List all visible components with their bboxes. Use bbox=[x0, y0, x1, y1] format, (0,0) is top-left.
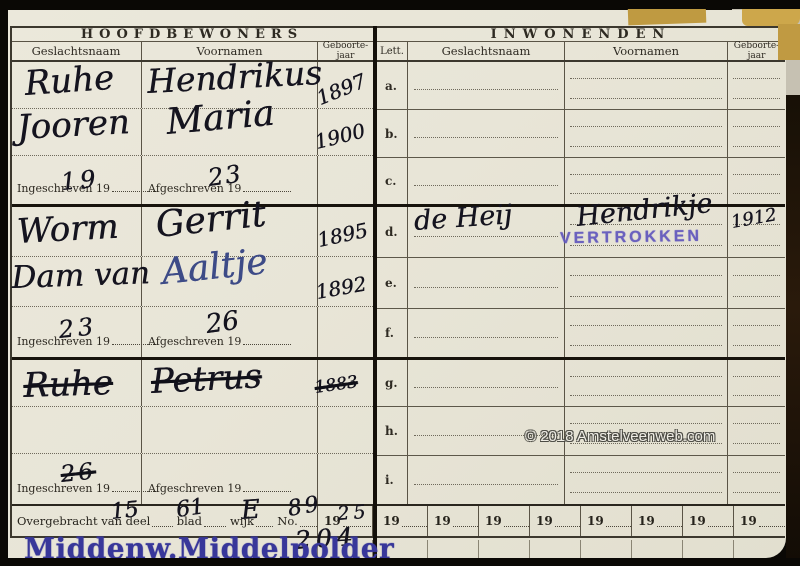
archival-tape bbox=[778, 24, 800, 60]
col-header-geslachtsnaam: Geslachtsnaam bbox=[408, 42, 565, 60]
hoofdbewoners-title: HOOFDBEWONERS bbox=[11, 26, 373, 42]
lodger-row-b: b. bbox=[377, 110, 785, 158]
scan-edge-left bbox=[0, 0, 8, 566]
year-cell: 19 bbox=[632, 506, 683, 536]
hw-surname: Ruhe bbox=[23, 58, 115, 104]
inwonenden-header-row: Lett. Geslachtsnaam Voornamen Geboorte- … bbox=[377, 42, 785, 62]
vertrokken-stamp: VERTROKKEN bbox=[560, 228, 702, 248]
year-cell: 19 bbox=[683, 506, 734, 536]
hw-surname: Dam van bbox=[11, 255, 151, 296]
lodger-row-c: c. bbox=[377, 158, 785, 207]
year-cell: 19 bbox=[479, 506, 530, 536]
hw-afgeschreven-value: 26 bbox=[204, 306, 241, 340]
lodger-row-f: f. bbox=[377, 309, 785, 360]
lodger-row-a: a. bbox=[377, 62, 785, 110]
year-cell: 19 bbox=[530, 506, 581, 536]
hw-surname: Jooren bbox=[16, 102, 131, 148]
year-cell: 19 bbox=[734, 506, 785, 536]
geboorte-line2: jaar bbox=[748, 51, 766, 61]
scan-edge-top bbox=[0, 0, 800, 9]
col-header-voornamen: Voornamen bbox=[565, 42, 728, 60]
hw-wijk-value: E bbox=[240, 495, 261, 526]
lodger-row-g: g. bbox=[377, 360, 785, 407]
hw-deel-value: 15 bbox=[109, 497, 139, 525]
scan-edge-right bbox=[786, 95, 800, 566]
year-cell: 19 bbox=[428, 506, 479, 536]
hw-firstname-struck: Petrus bbox=[150, 356, 263, 402]
section-divider-line bbox=[373, 26, 377, 558]
geboorte-line2: jaar bbox=[337, 51, 355, 61]
hw-ingeschreven-value: 19 bbox=[60, 165, 101, 196]
col-header-geboortejaar: Geboorte- jaar bbox=[728, 42, 785, 60]
lodger-row-i: i. bbox=[377, 456, 785, 506]
scan-edge-bottom bbox=[0, 558, 800, 566]
hw-ingeschreven-value: 23 bbox=[57, 312, 98, 344]
col-header-geboortejaar: Geboorte- jaar bbox=[318, 42, 373, 60]
afgeschreven-label: Afgeschreven 19 bbox=[148, 481, 291, 495]
col-header-geslachtsnaam: Geslachtsnaam bbox=[11, 42, 142, 60]
name-row bbox=[11, 407, 373, 454]
hw-surname: Worm bbox=[16, 207, 120, 252]
lodger-row-e: e. bbox=[377, 258, 785, 309]
inwonenden-title: INWONENDEN bbox=[377, 26, 785, 42]
geboorte-line1: Geboorte- bbox=[323, 41, 368, 51]
copyright-watermark: © 2018 Amstelveenweb.com bbox=[525, 428, 715, 445]
year-cell: 19 bbox=[581, 506, 632, 536]
hw-blad-value: 61 bbox=[175, 494, 206, 523]
geboorte-line1: Geboorte- bbox=[734, 41, 779, 51]
col-header-lett: Lett. bbox=[377, 42, 408, 60]
hw-ingeschreven-value-struck: 26 bbox=[59, 458, 97, 488]
register-card-scan: HOOFDBEWONERS Geslachtsnaam Voornamen Ge… bbox=[0, 0, 800, 566]
hw-surname-struck: Ruhe bbox=[23, 363, 114, 406]
hw-afgeschreven-value: 23 bbox=[206, 159, 244, 192]
